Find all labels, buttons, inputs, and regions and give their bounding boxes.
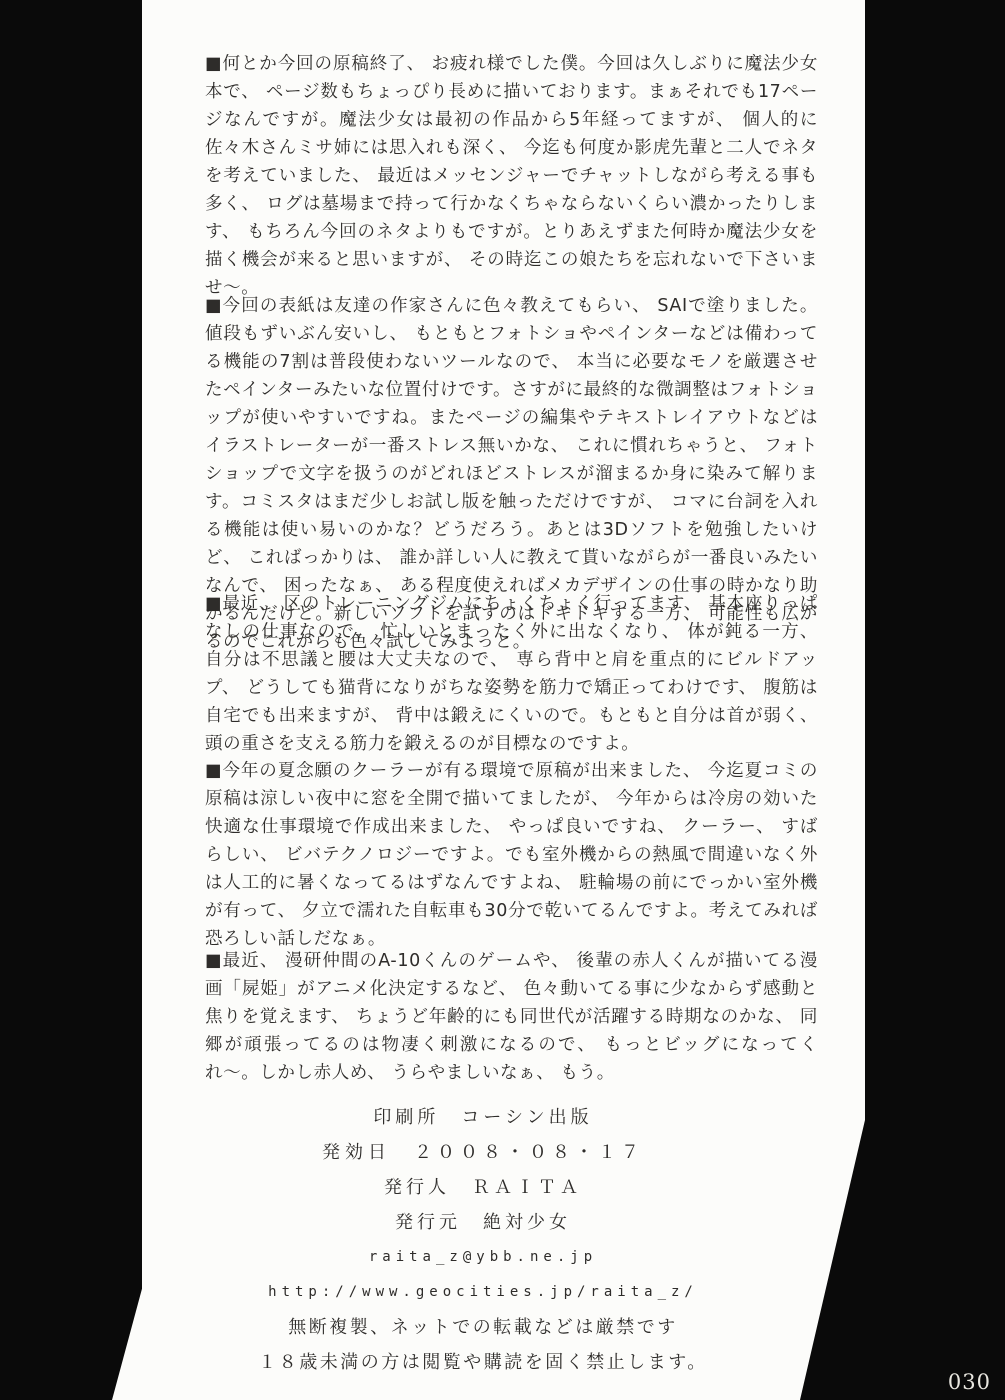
scan-border-left [0, 0, 142, 1400]
colophon-publisher: 発行人 ＲＡＩＴＡ [163, 1170, 803, 1205]
scan-border-right: 030 [865, 0, 1005, 1400]
colophon-printer: 印刷所 コーシン出版 [163, 1100, 803, 1135]
page-number: 030 [948, 1370, 991, 1394]
colophon-warning-no-reproduction: 無断複製、ネットでの転載などは厳禁です [163, 1310, 803, 1345]
colophon-warning-age: １８歳未満の方は閲覧や購読を固く禁止します。 [163, 1345, 803, 1380]
colophon-email: raita_z@ybb.ne.jp [163, 1240, 803, 1275]
colophon: 印刷所 コーシン出版 発効日 ２００８・０８・１７ 発行人 ＲＡＩＴＡ 発行元 … [163, 1100, 803, 1380]
colophon-url: http://www.geocities.jp/raita_z/ [163, 1275, 803, 1310]
afterword-paragraph-5: ■最近、 漫研仲間のA-10くんのゲームや、 後輩の赤人くんが描いてる漫画「屍姫… [205, 947, 818, 1087]
colophon-issue-date: 発効日 ２００８・０８・１７ [163, 1135, 803, 1170]
afterword-paragraph-1: ■何とか今回の原稿終了、 お疲れ様でした僕。今回は久しぶりに魔法少女本で、 ペー… [205, 50, 818, 302]
colophon-circle: 発行元 絶対少女 [163, 1205, 803, 1240]
afterword-paragraph-4: ■今年の夏念願のクーラーが有る環境で原稿が出来ました、 今迄夏コミの原稿は涼しい… [205, 757, 818, 953]
afterword-paragraph-3: ■最近、 区のトレーニングジムにちょくちょく行ってます、 基本座りっぱなしの仕事… [205, 590, 818, 758]
paper-page: ■何とか今回の原稿終了、 お疲れ様でした僕。今回は久しぶりに魔法少女本で、 ペー… [142, 0, 865, 1400]
